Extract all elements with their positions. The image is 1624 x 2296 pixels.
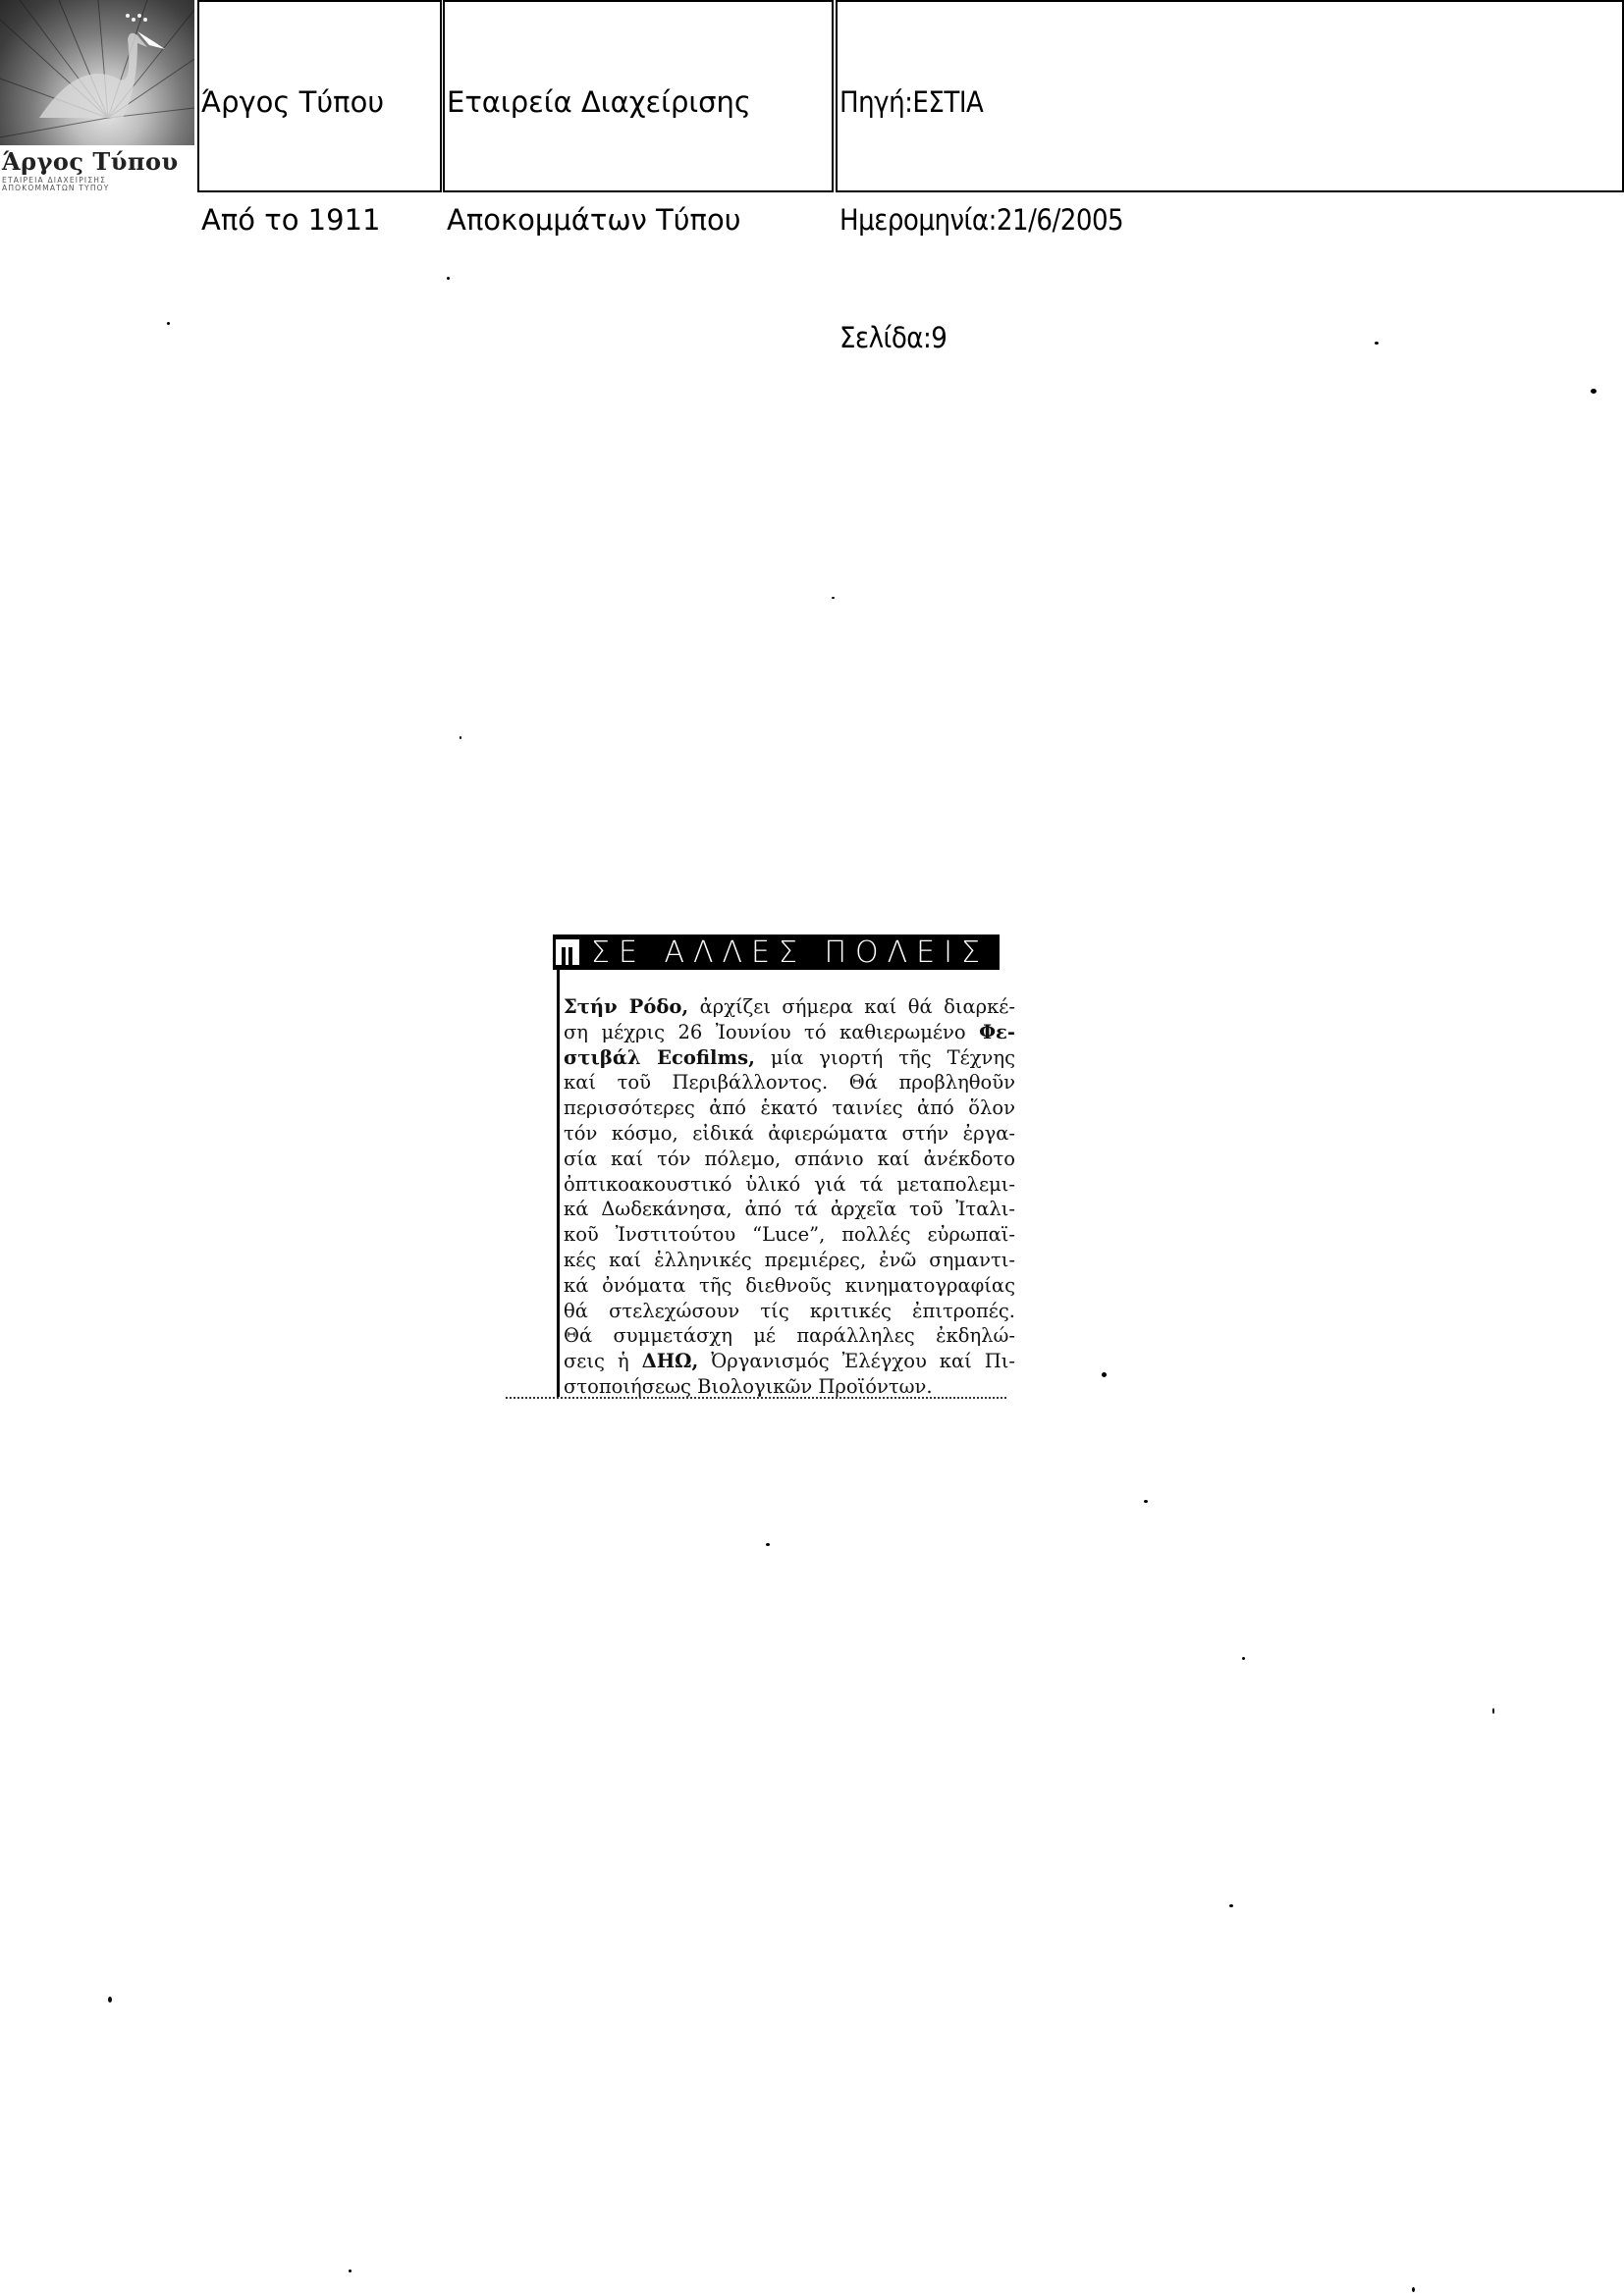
scan-speck [1375,342,1379,345]
date-label: Ημερομηνία:21/6/2005 [839,200,1620,240]
article-line: Θά συμμετάσχη μέ παράλληλες ἐκδηλώ- [564,1323,1015,1349]
scan-speck [167,322,170,325]
section-banner: ΣΕ ΑΛΛΕΣ ΠΟΛΕΙΣ [553,934,1000,970]
scan-speck [1102,1372,1107,1377]
article-line: κά ὀνόματα τῆς διεθνοῦς κινηματογραφίας [564,1273,1015,1299]
company-line-2: Αποκομμάτων Τύπου [447,200,830,240]
article-line: κοῦ Ἰνστιτούτου “Luce”, πολλές εὐρωπαϊ- [564,1222,1015,1248]
news-clipping: ΣΕ ΑΛΛΕΣ ΠΟΛΕΙΣ Στήν Ρόδο, ἀρχίζει σήμερ… [540,928,1031,1418]
agency-name-cell: Άργος Τύπου Από το 1911 [197,0,442,192]
scan-speck [1242,1657,1245,1660]
scan-speck [1591,389,1597,394]
article-line: σία καί τόν πόλεμο, σπάνιο καί ἀνέκδοτο [564,1147,1015,1172]
scan-speck [1229,1904,1233,1907]
newspaper-pi-icon [556,937,581,967]
article-line: κά Δωδεκάνησα, ἀπό τά ἀρχεῖα τοῦ Ἰταλι- [564,1197,1015,1222]
scan-speck [1144,1500,1148,1503]
scan-speck [460,736,461,739]
article-line: ὀπτικοακουστικό ὑλικό γιά τά μεταπολεμι- [564,1172,1015,1198]
scan-speck [108,1997,112,2002]
column-rule [557,970,560,1397]
company-line-1: Εταιρεία Διαχείρισης [447,82,830,122]
article-line: Στήν Ρόδο, ἀρχίζει σήμερα καί θά διαρκέ- [564,994,1015,1020]
article-line: τόν κόσμο, εἰδικά ἀφιερώματα στήν ἐργα- [564,1121,1015,1147]
section-title: ΣΕ ΑΛΛΕΣ ΠΟΛΕΙΣ [591,935,989,970]
scan-speck [832,597,835,599]
agency-since: Από το 1911 [201,200,438,240]
logo-title: Άργος Τύπου [2,147,194,176]
scan-speck [1492,1708,1494,1714]
source-info-cell: Πηγή:ΕΣΤΙΑ Ημερομηνία:21/6/2005 Σελίδα:9 [836,0,1624,192]
logo-subtitle: ΕΤΑΙΡΕΙΑ ΔΙΑΧΕΙΡΙΣΗΣ ΑΠΟΚΟΜΜΑΤΩΝ ΤΥΠΟΥ [2,177,194,192]
article-line: σεις ἡ ΔΗΩ, Ὀργανισμός Ἐλέγχου καί Πι- [564,1349,1015,1374]
page-label: Σελίδα:9 [839,318,1620,357]
article-line: κές καί ἑλληνικές πρεμιέρες, ἐνῶ σημαντι… [564,1248,1015,1273]
article-line: καί τοῦ Περιβάλλοντος. Θά προβληθοῦν [564,1070,1015,1095]
scan-speck [349,2269,352,2272]
article-line: στοποιήσεως Βιολογικῶν Προϊόντων. [564,1374,1015,1400]
clipping-bottom-rule [506,1397,1006,1399]
clipping-header: Άργος Τύπου ΕΤΑΙΡΕΙΑ ΔΙΑΧΕΙΡΙΣΗΣ ΑΠΟΚΟΜΜ… [0,0,1624,196]
company-description-cell: Εταιρεία Διαχείρισης Αποκομμάτων Τύπου [443,0,834,192]
scan-speck [766,1543,770,1546]
source-label: Πηγή:ΕΣΤΙΑ [839,82,1620,122]
article-line: περισσότερες ἀπό ἑκατό ταινίες ἀπό ὅλον [564,1095,1015,1121]
logo: Άργος Τύπου ΕΤΑΙΡΕΙΑ ΔΙΑΧΕΙΡΙΣΗΣ ΑΠΟΚΟΜΜ… [0,0,196,196]
agency-name: Άργος Τύπου [201,82,438,122]
article-line: στιβάλ Ecofilms, μία γιορτή τῆς Τέχνης [564,1045,1015,1071]
article-line: θά στελεχώσουν τίς κριτικές ἐπιτροπές. [564,1299,1015,1324]
scan-speck [447,277,450,280]
article-body: Στήν Ρόδο, ἀρχίζει σήμερα καί θά διαρκέ-… [564,994,1015,1400]
article-line: ση μέχρις 26 Ἰουνίου τό καθιερωμένο Φε- [564,1020,1015,1045]
scan-speck [1412,2287,1415,2292]
peacock-logo-icon [0,0,194,145]
